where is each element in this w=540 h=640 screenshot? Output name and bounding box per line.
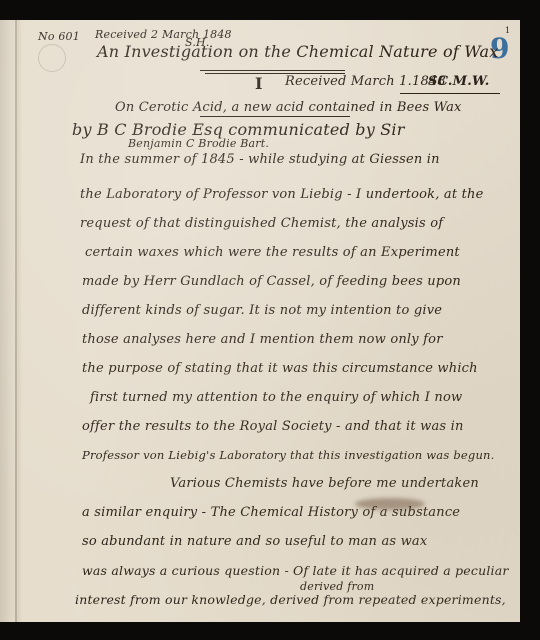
reference-number: No 601 xyxy=(38,30,80,43)
manuscript-line: the Laboratory of Professor von Liebig -… xyxy=(80,187,484,202)
subtitle: On Cerotic Acid, a new acid contained in… xyxy=(115,100,462,115)
stamp-underline xyxy=(400,93,500,94)
manuscript-line: interest from our knowledge, derived fro… xyxy=(75,592,506,607)
library-stamp xyxy=(38,44,66,72)
manuscript-line: Various Chemists have before me undertak… xyxy=(170,476,479,491)
manuscript-line: different kinds of sugar. It is not my i… xyxy=(82,303,442,318)
manuscript-line: offer the results to the Royal Society -… xyxy=(82,419,464,434)
manuscript-line: In the summer of 1845 - while studying a… xyxy=(80,152,440,167)
received-stamp: Received March 1.1848 xyxy=(285,74,446,89)
manuscript-line: the purpose of stating that it was this … xyxy=(82,361,478,376)
manuscript-line: a similar enquiry - The Chemical History… xyxy=(82,505,460,520)
manuscript-line: Professor von Liebig's Laboratory that t… xyxy=(82,448,495,462)
author-interlinear: Benjamin C Brodie Bart. xyxy=(128,137,269,150)
binding-fold xyxy=(15,20,17,622)
received-note: Received 2 March 1848 xyxy=(95,28,232,41)
manuscript-line: request of that distinguished Chemist, t… xyxy=(80,216,443,231)
manuscript-line: first turned my attention to the enquiry… xyxy=(90,390,462,405)
manuscript-line: those analyses here and I mention them n… xyxy=(82,332,443,347)
title-rule xyxy=(200,70,345,71)
section-number: I xyxy=(255,74,262,93)
manuscript-line: certain waxes which were the results of … xyxy=(85,245,460,260)
received-stamp-initials: SC.M.W. xyxy=(428,74,489,89)
manuscript-line: made by Herr Gundlach of Cassel, of feed… xyxy=(82,274,461,289)
manuscript-page: No 601 Received 2 March 1848 S.H. 1 9 An… xyxy=(0,20,520,622)
document-title: An Investigation on the Chemical Nature … xyxy=(97,42,498,61)
subtitle-rule xyxy=(200,116,350,117)
manuscript-line: so abundant in nature and so useful to m… xyxy=(82,534,427,549)
manuscript-line: was always a curious question - Of late … xyxy=(82,563,509,578)
